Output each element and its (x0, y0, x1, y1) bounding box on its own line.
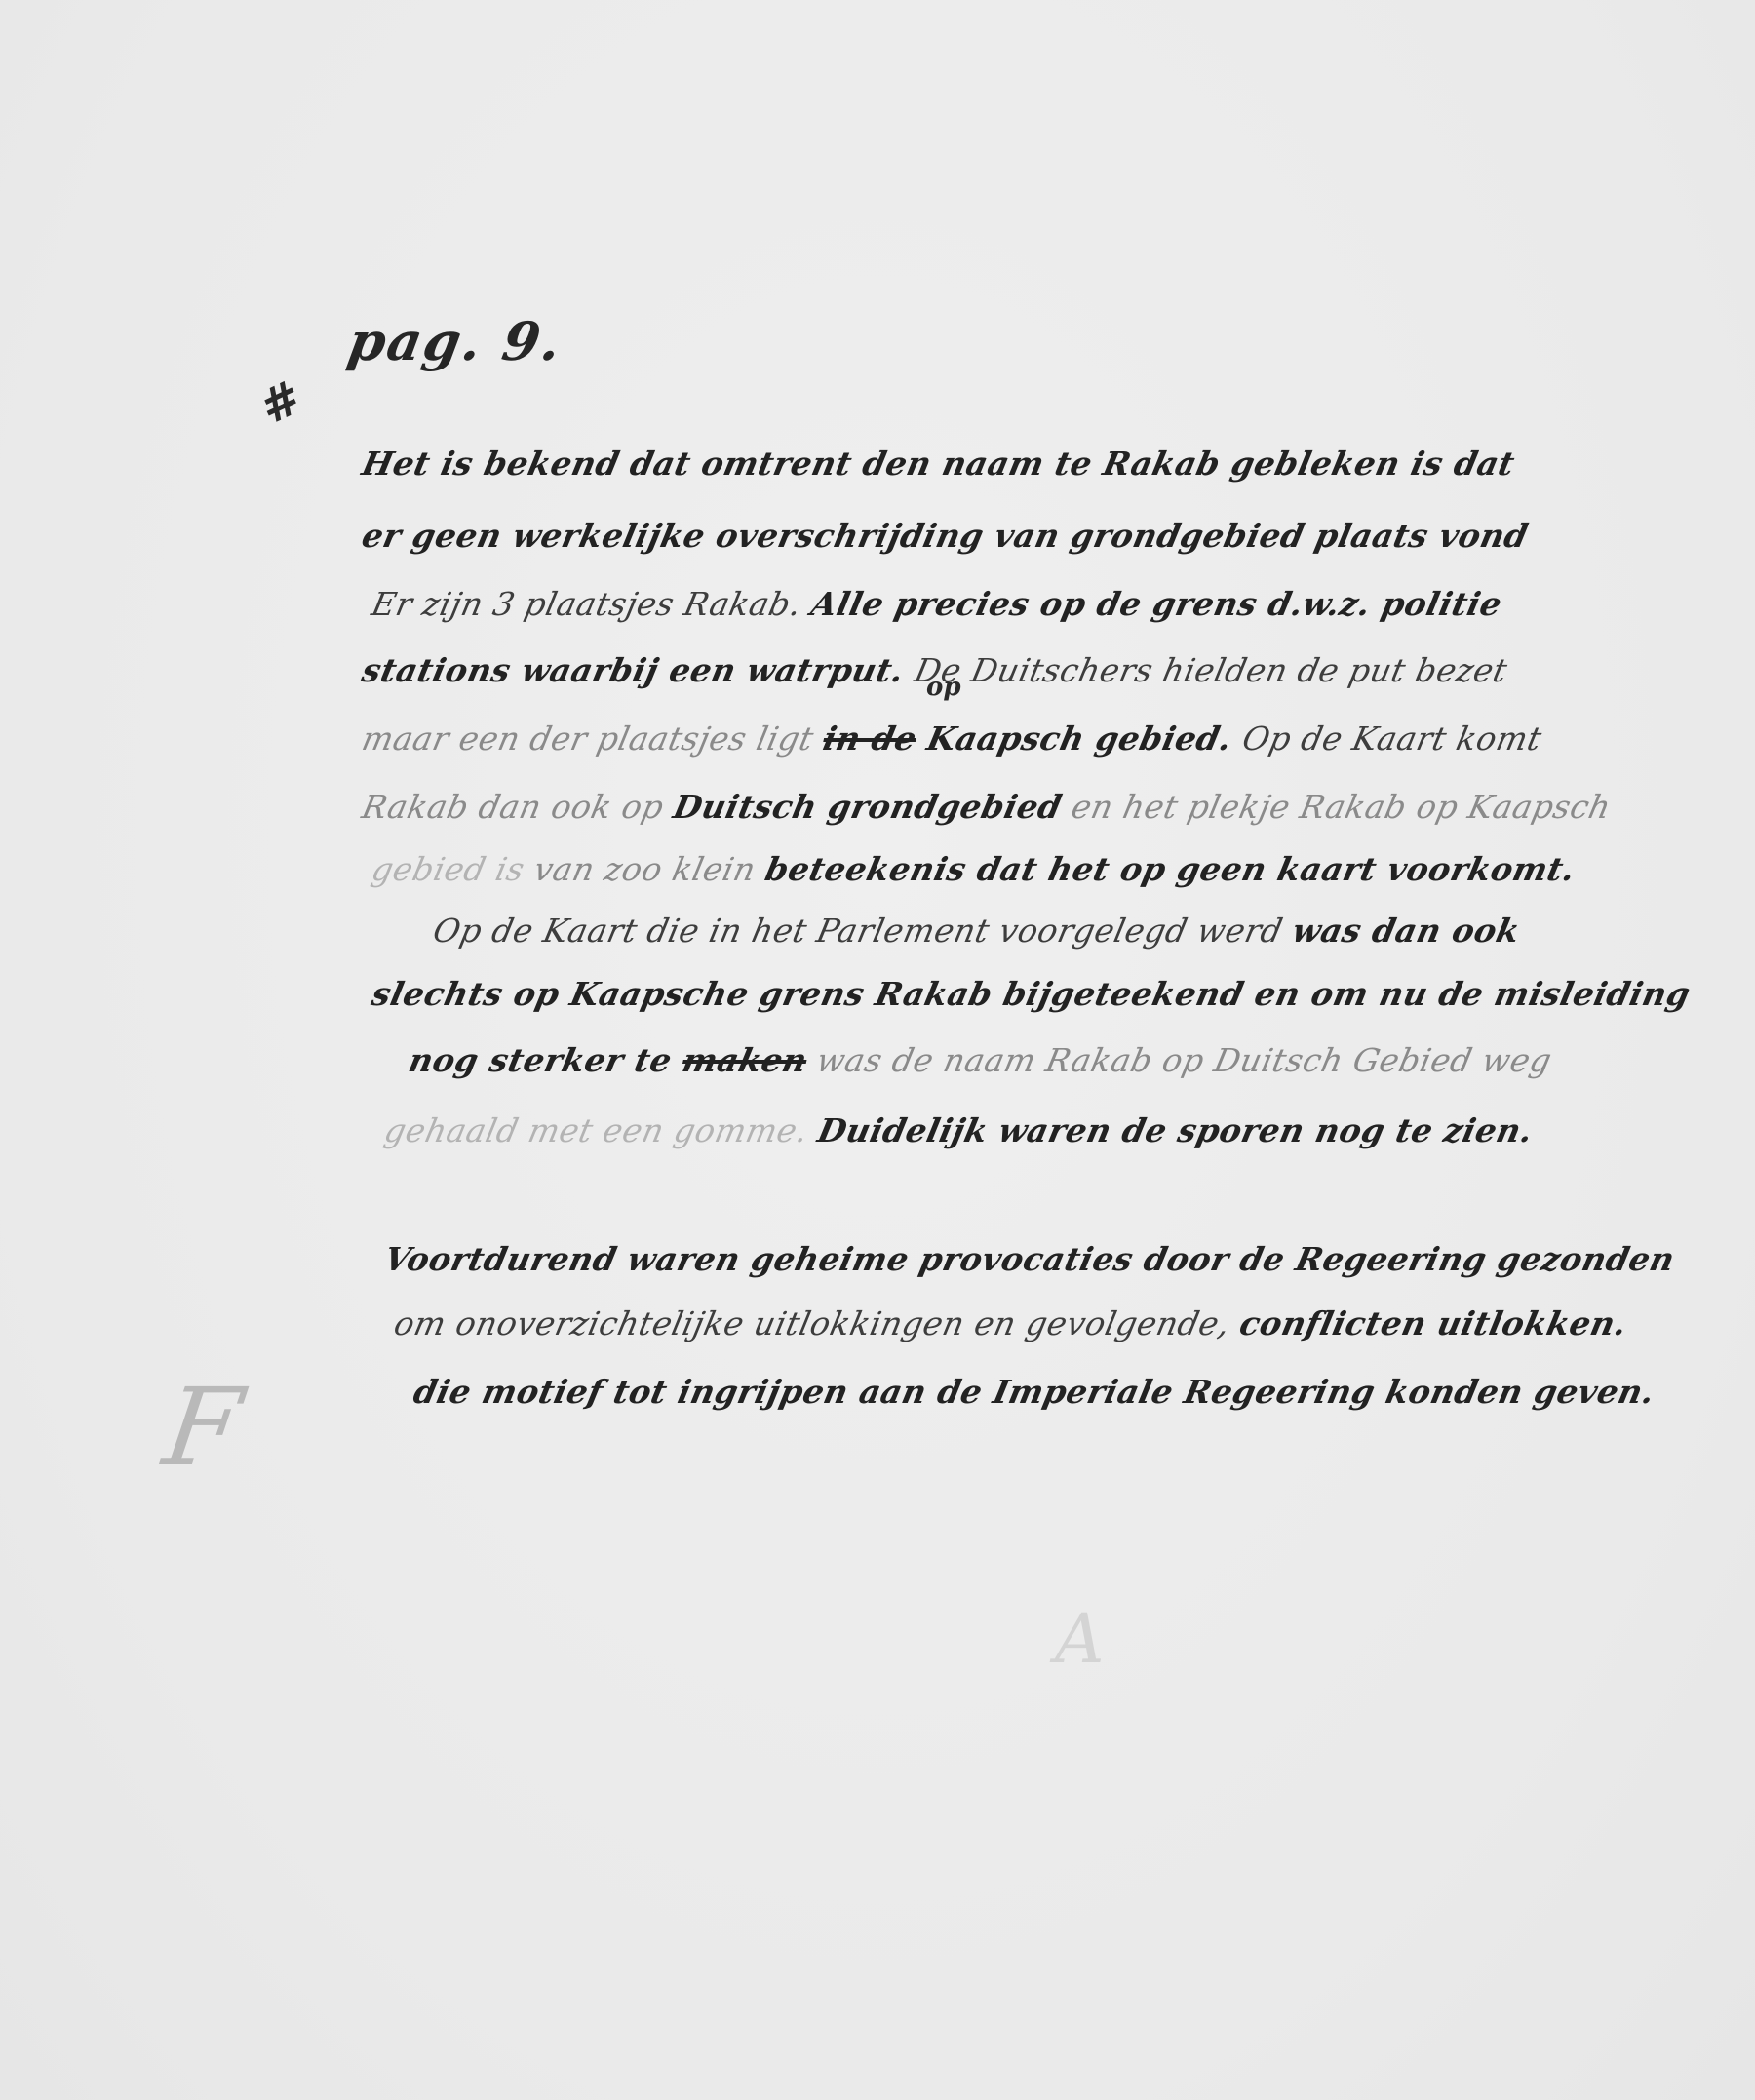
text-segment: van zoo klein (530, 850, 769, 888)
text-segment: en om nu de misleiding (1251, 975, 1694, 1013)
text-segment: Duidelijk waren de sporen nog te zien. (814, 1111, 1537, 1149)
text-line: Er zijn 3 plaatsjes Rakab. Alle precies … (369, 585, 1505, 623)
text-line: die motief tot ingrijpen aan de Imperial… (410, 1373, 1658, 1411)
text-segment: nog sterker te (406, 1041, 687, 1079)
text-line: om onoverzichtelijke uitlokkingen en gev… (391, 1304, 1631, 1342)
text-segment: Er zijn 3 plaatsjes Rakab. (369, 585, 816, 623)
text-segment: om onoverzichtelijke uitlokkingen en gev… (391, 1304, 1244, 1342)
text-segment: Alle precies op de grens d.w.z. politie (808, 585, 1506, 623)
text-segment: Kaapsch gebied. (912, 719, 1247, 758)
text-segment: er geen werkelijke overschrijding van gr… (359, 517, 1532, 555)
text-segment: beteekenis dat het op geen kaart voorkom… (761, 850, 1579, 888)
text-segment: Het is bekend dat omtrent den naam te Ra… (359, 445, 1518, 483)
text-line: stations waarbij een watrput. De Duitsch… (359, 651, 1511, 689)
text-line: Het is bekend dat omtrent den naam te Ra… (359, 445, 1518, 483)
text-segment: Op de Kaart komt (1239, 719, 1545, 758)
text-segment: was dan ook (1289, 912, 1523, 950)
text-segment: gehaald met een gomme. (381, 1111, 823, 1149)
text-line: nog sterker te maken was de naam Rakab o… (406, 1041, 1555, 1079)
text-line: slechts op Kaapsche grens Rakab bijgetee… (369, 975, 1694, 1013)
text-segment: gebied is (369, 850, 539, 888)
page-number-heading: pag. 9. (343, 310, 567, 372)
struck-text: in de (820, 719, 920, 758)
text-line: gehaald met een gomme. Duidelijk waren d… (381, 1111, 1537, 1149)
struck-text: maken (680, 1041, 811, 1079)
text-segment: en het plekje Rakab op Kaapsch (1058, 788, 1615, 826)
text-line: Op de Kaart die in het Parlement voorgel… (430, 912, 1524, 950)
text-segment: was de naam Rakab op Duitsch Gebied weg (802, 1041, 1555, 1079)
text-line: maar een der plaatsjes ligt in de Kaapsc… (359, 719, 1545, 758)
text-line: Rakab dan ook op Duitsch grondgebied en … (359, 788, 1615, 826)
text-segment: slechts op Kaapsche grens Rakab bijgetee… (369, 975, 1260, 1013)
text-segment: De Duitschers hielden de put bezet (912, 651, 1511, 689)
text-line: er geen werkelijke overschrijding van gr… (359, 517, 1532, 555)
margin-mark-faint: A (1055, 1599, 1105, 1679)
text-segment: die motief tot ingrijpen aan de Imperial… (410, 1373, 1658, 1411)
text-segment: Duitsch grondgebied (670, 788, 1066, 826)
text-segment: maar een der plaatsjes ligt (359, 719, 828, 758)
text-segment: conflicten uitlokken. (1236, 1304, 1631, 1342)
text-segment: Op de Kaart die in het Parlement voorgel… (430, 912, 1298, 950)
text-segment: Rakab dan ook op (359, 788, 679, 826)
text-line: gebied is van zoo klein beteekenis dat h… (369, 850, 1579, 888)
text-line: Voortdurend waren geheime provocaties do… (381, 1240, 1679, 1278)
text-segment: Voortdurend waren geheime provocaties do… (381, 1240, 1679, 1278)
text-segment: stations waarbij een watrput. (359, 651, 919, 689)
